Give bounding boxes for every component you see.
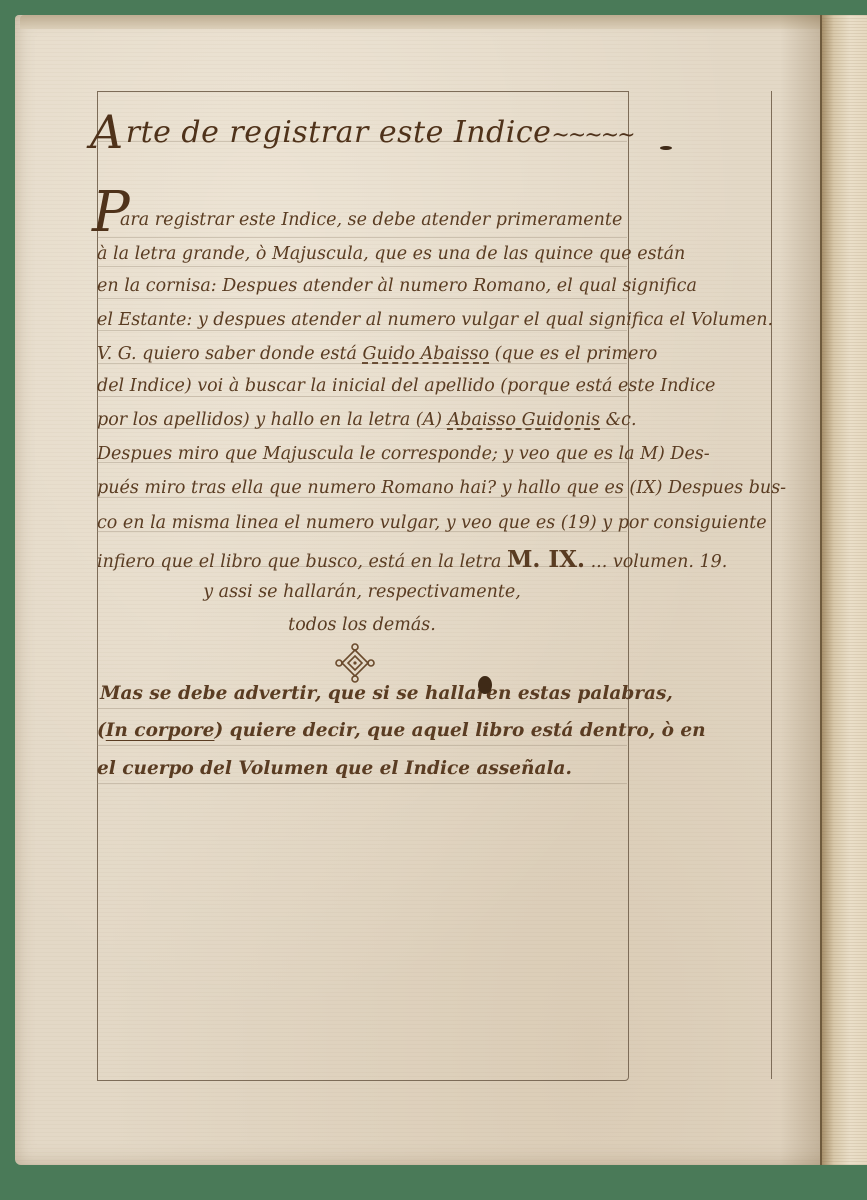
text-segment: infiero que el libro que busco, está en … [97, 552, 507, 572]
margin-rule [771, 91, 772, 1079]
text-line-9: pués miro tras ella que numero Romano ha… [97, 480, 657, 498]
title-text: rte de registrar este Indice [126, 115, 552, 150]
title-initial: A [90, 105, 124, 159]
text-segment: &c. [600, 410, 637, 430]
ruled-line [97, 396, 627, 397]
text-line-6: del Indice) voi à buscar la inicial del … [97, 378, 657, 396]
text-segment: V. G. quiero saber donde está [97, 344, 362, 364]
ruled-line [97, 783, 627, 784]
text-segment: ... volumen. 19. [585, 552, 727, 572]
shelf-reference: M. IX. [507, 546, 585, 573]
ruled-line [97, 298, 627, 299]
ruled-line [97, 266, 627, 267]
text-segment: (que es el primero [489, 344, 657, 364]
text-line-5: V. G. quiero saber donde está Guido Abai… [97, 346, 657, 364]
example-name: Guido Abaisso [362, 344, 489, 364]
note-line-2: (In corpore) quiere decir, que aquel lib… [97, 722, 657, 741]
worn-top-edge [20, 15, 835, 29]
note-line-3: el cuerpo del Volumen que el Indice asse… [97, 760, 657, 779]
ruled-line [97, 237, 627, 238]
binding-shadow [780, 15, 822, 1165]
diamond-knot-ornament-icon [335, 643, 375, 683]
title-flourish: ~~~~~ [551, 123, 633, 148]
ruled-line [97, 708, 627, 709]
text-segment: por los apellidos) y hallo en la letra (… [97, 410, 448, 430]
text-segment: ) quiere decir, que aquel libro está den… [214, 720, 705, 741]
closing-line-2: todos los demás. [97, 617, 627, 635]
ruled-line [97, 330, 627, 331]
page-title: Arte de registrar este Indice~~~~~ [90, 105, 650, 159]
closing-line-1: y assi se hallarán, respectivamente, [97, 584, 627, 602]
text-line-7: por los apellidos) y hallo en la letra (… [97, 412, 657, 430]
text-line-8: Despues miro que Majuscula le correspond… [97, 446, 657, 464]
text-line-3: en la cornisa: Despues atender àl numero… [97, 278, 657, 296]
text-line-1: ara registrar este Indice, se debe atend… [120, 212, 680, 230]
ruled-line [97, 745, 627, 746]
text-line-2: à la letra grande, ò Majuscula, que es u… [97, 246, 657, 264]
ink-mark [660, 146, 672, 150]
ink-blot [478, 676, 492, 694]
text-line-11: infiero que el libro que busco, está en … [97, 548, 657, 572]
binding-gutter [820, 15, 867, 1165]
text-line-4: el Estante: y despues atender al numero … [97, 312, 657, 330]
index-entry: Abaisso Guidonis [448, 410, 600, 430]
note-line-1: Mas se debe advertir, que si se hallaren… [100, 685, 660, 704]
text-segment: ( [97, 720, 106, 741]
text-line-10: co en la misma linea el numero vulgar, y… [97, 515, 657, 533]
latin-term: In corpore [106, 720, 215, 741]
